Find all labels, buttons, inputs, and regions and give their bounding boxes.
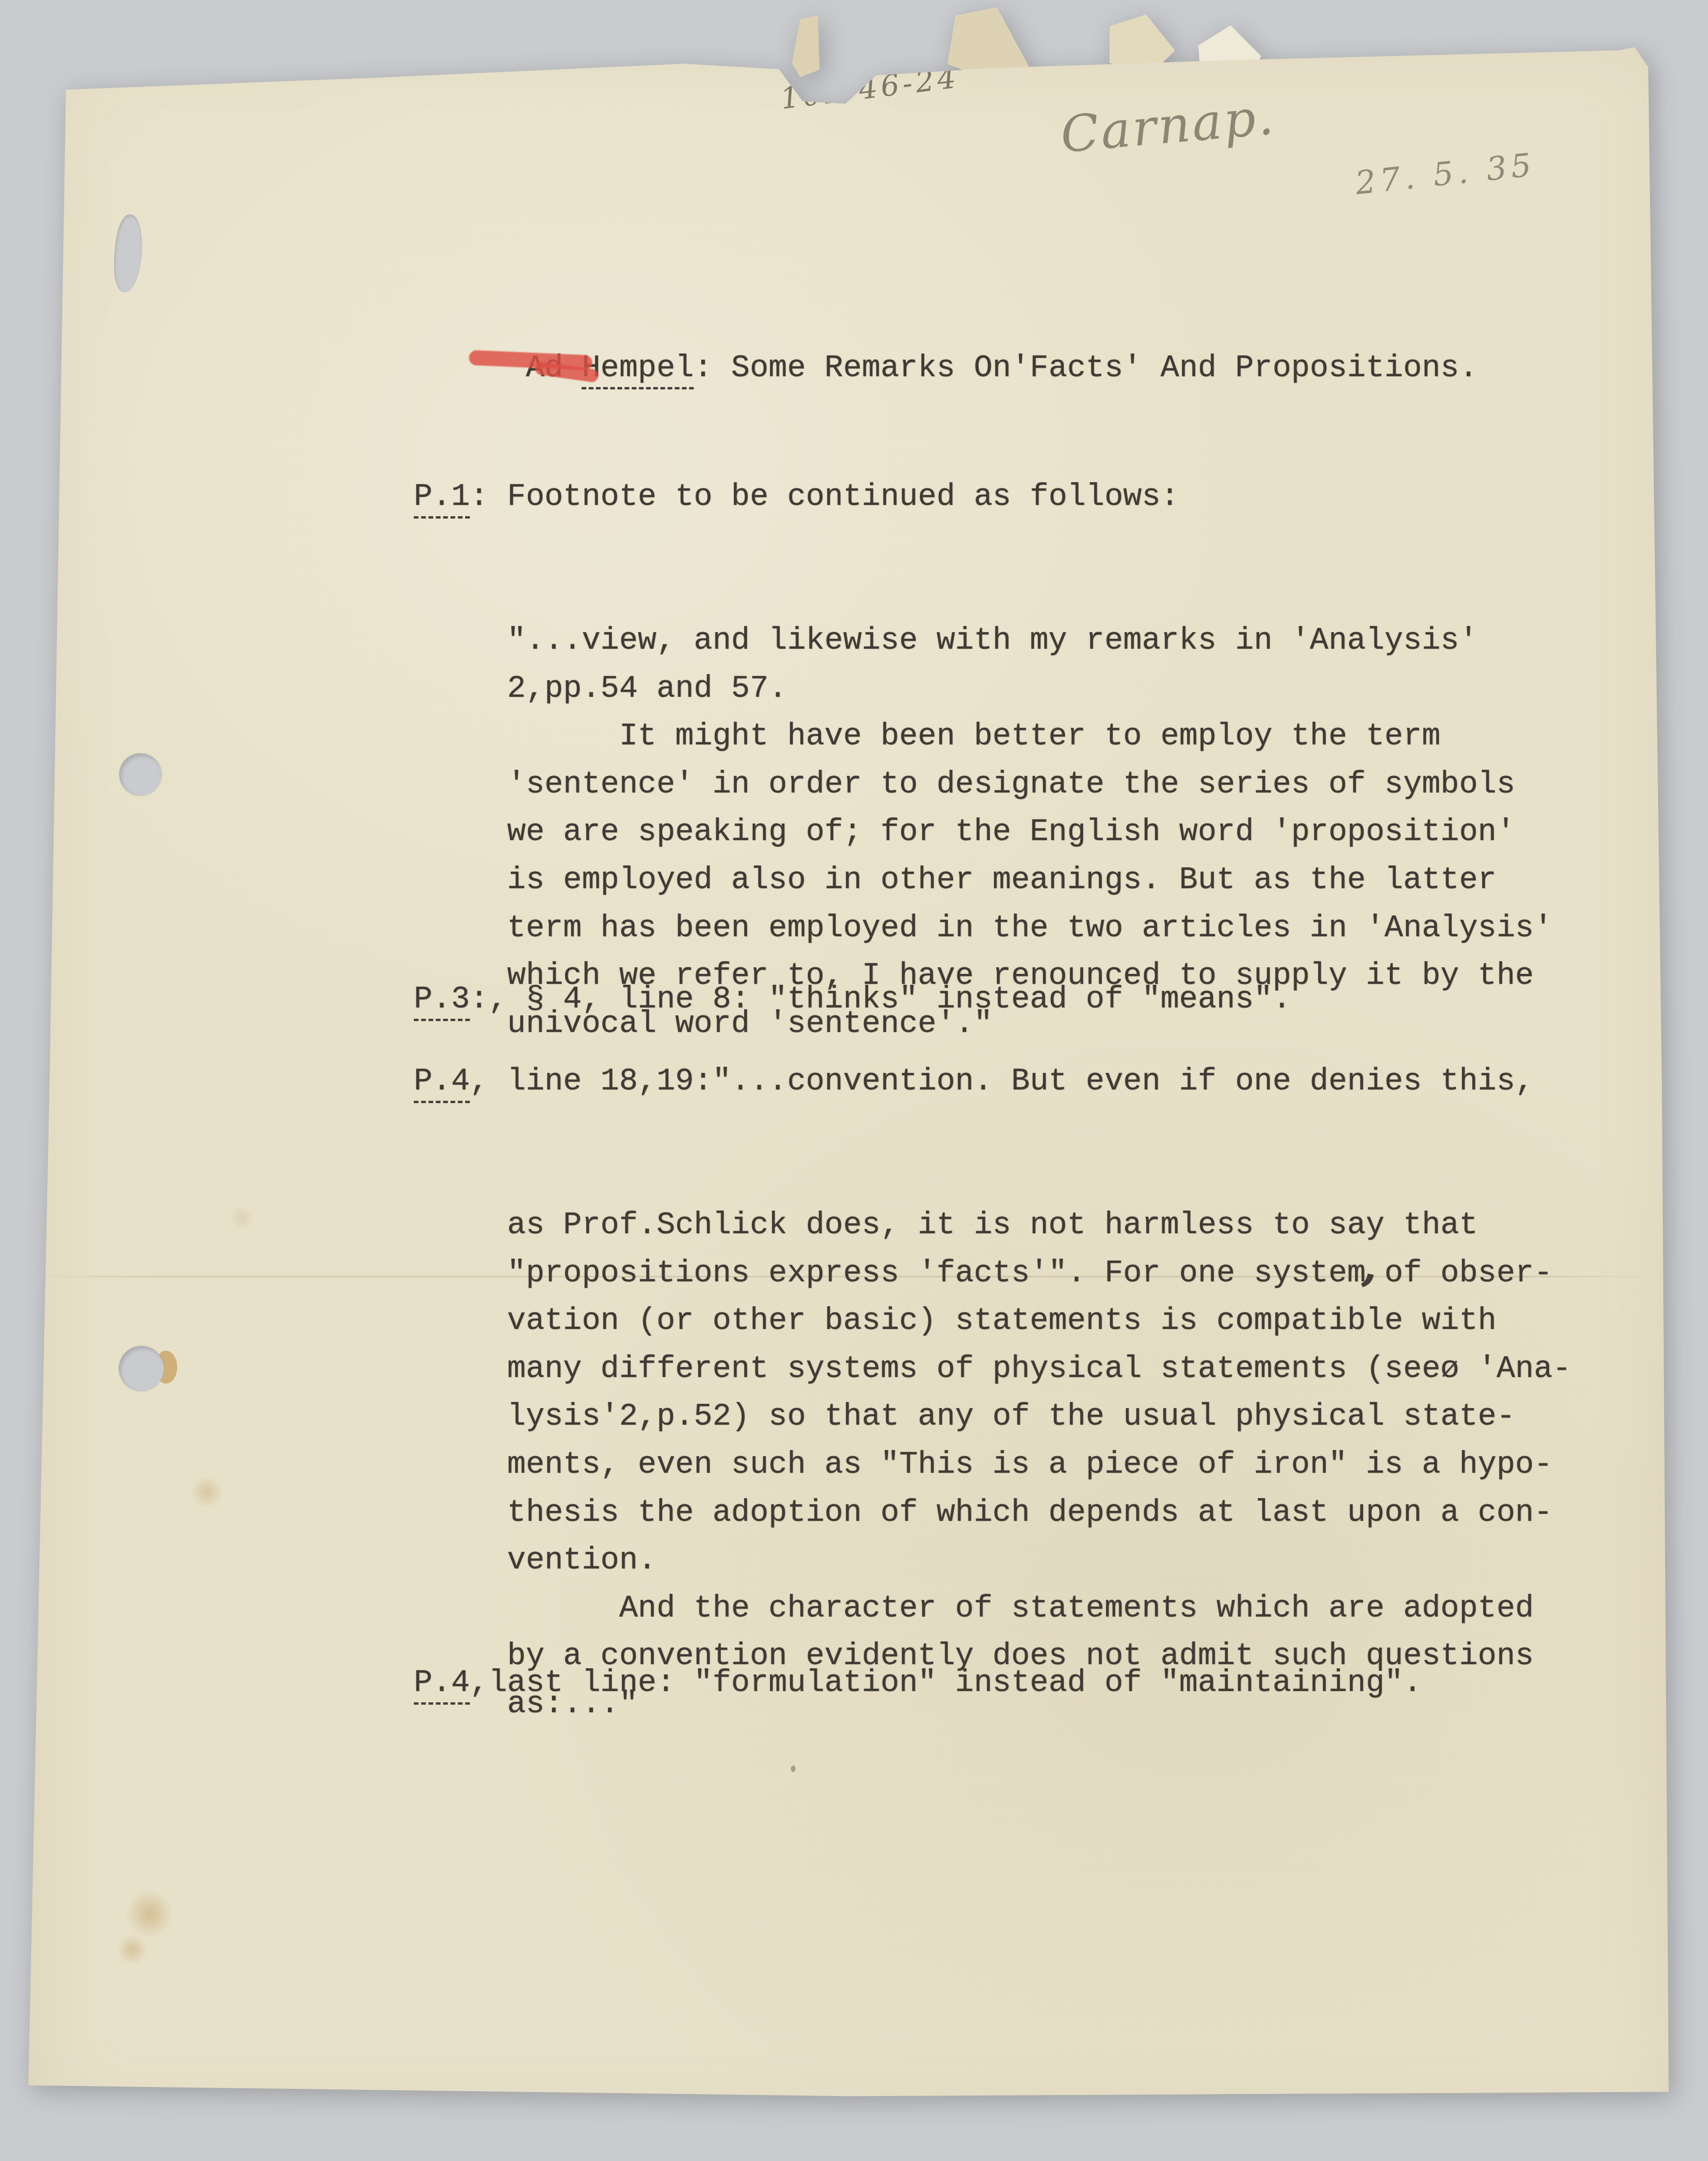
section-p4-last-heading-text: ,last line: "formulation" instead of "ma… xyxy=(470,1665,1422,1700)
document-paper: 102-46-24 Carnap. 27. 5. 35 Ad Hempel: S… xyxy=(0,0,1708,2161)
section-p1-label: P.1 xyxy=(414,479,470,519)
section-p1-heading: P.1: Footnote to be continued as follows… xyxy=(414,473,1552,521)
stain xyxy=(125,1889,174,1938)
section-p1-heading-text: : Footnote to be continued as follows: xyxy=(470,479,1179,514)
paper-sheet: 102-46-24 Carnap. 27. 5. 35 Ad Hempel: S… xyxy=(0,0,1708,2161)
section-p4-last-heading: P.4,last line: "formulation" instead of … xyxy=(414,1659,1422,1707)
pencil-dot xyxy=(791,1765,796,1772)
section-p4-last-label: P.4 xyxy=(414,1665,470,1705)
stain xyxy=(229,1206,255,1229)
punch-hole xyxy=(119,753,162,796)
stain xyxy=(189,1476,224,1508)
section-p4-heading: P.4, line 18,19:"...convention. But even… xyxy=(414,1057,1571,1105)
punch-hole xyxy=(119,1346,164,1391)
scanned-document-page: { "annotations": { "archive_number": "10… xyxy=(0,0,1708,2161)
tape-fragment xyxy=(790,13,826,79)
edge-tear-hole xyxy=(112,214,144,293)
date-annotation: 27. 5. 35 xyxy=(1354,146,1537,202)
signature-annotation: Carnap. xyxy=(1059,87,1278,164)
section-p4-heading-text: , line 18,19:"...convention. But even if… xyxy=(470,1064,1534,1099)
stain xyxy=(117,1934,148,1965)
section-p4-label: P.4 xyxy=(414,1064,470,1103)
section-p4-last: P.4,last line: "formulation" instead of … xyxy=(414,1563,1422,1803)
